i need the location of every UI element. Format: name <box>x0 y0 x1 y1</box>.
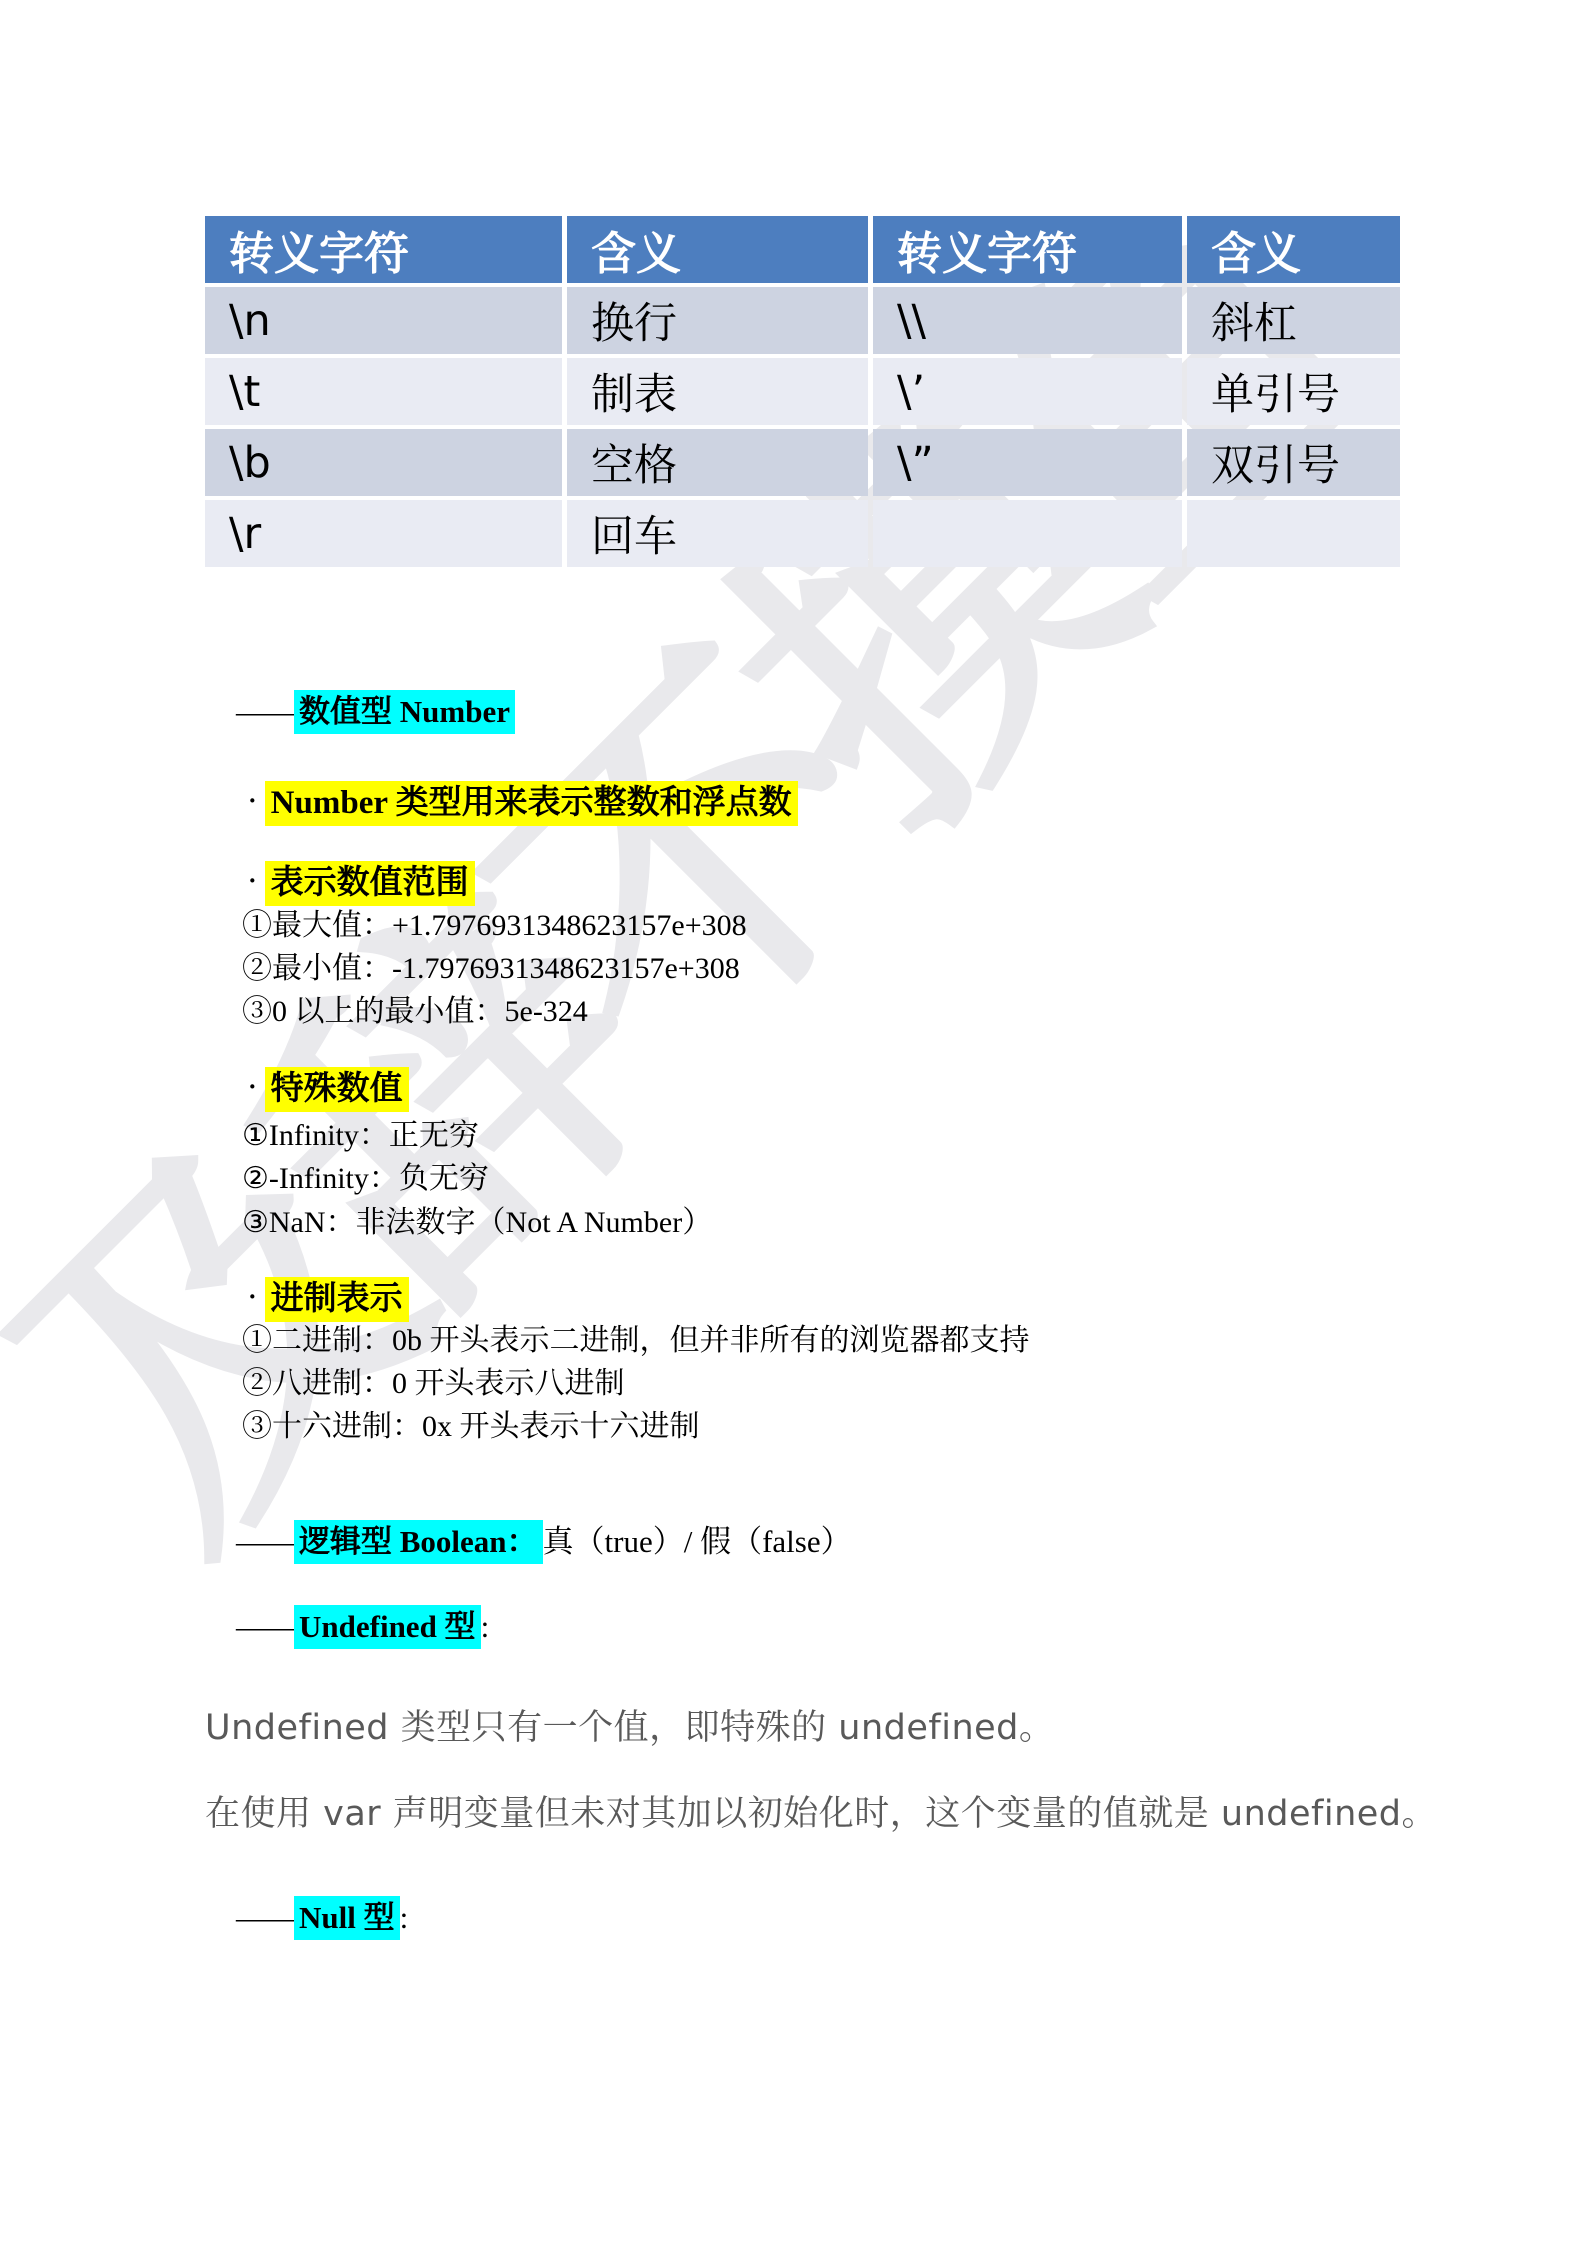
escape-seq-cell: \’ <box>873 358 1182 425</box>
bullet-number-desc: ·Number 类型用来表示整数和浮点数 <box>248 776 798 823</box>
excerpt-paragraph: Undefined 类型只有一个值，即特殊的 undefined。 <box>205 1700 1054 1750</box>
table-row: \r 回车 <box>205 500 1400 567</box>
yellow-highlight: 表示数值范围 <box>265 861 475 906</box>
list-item: ①最大值：+1.7976931348623157e+308 <box>242 907 747 945</box>
cyan-highlight: 数值型 Number <box>294 690 515 734</box>
heading-dashes: —— <box>236 1609 294 1644</box>
list-item: ②八进制：0 开头表示八进制 <box>242 1365 625 1403</box>
column-header: 转义字符 <box>205 216 562 283</box>
cyan-highlight: Null 型 <box>294 1896 400 1940</box>
heading-label: 数值型 Number <box>299 694 510 729</box>
heading-suffix: : <box>400 1900 409 1935</box>
heading-label: Undefined 型 <box>299 1609 476 1644</box>
bullet-dot: · <box>248 1072 257 1101</box>
table-row: \b 空格 \” 双引号 <box>205 429 1400 496</box>
escape-seq-cell: \t <box>205 358 562 425</box>
bullet-dot: · <box>248 866 257 895</box>
list-item: ②-Infinity：负无穷 <box>242 1160 489 1198</box>
list-item: ③NaN：非法数字（Not A Number） <box>242 1204 712 1242</box>
excerpt-paragraph: 在使用 var 声明变量但未对其加以初始化时，这个变量的值就是 undefine… <box>205 1786 1437 1836</box>
cyan-highlight: 逻辑型 Boolean： <box>294 1520 543 1564</box>
heading-dashes: —— <box>236 694 294 729</box>
document-page: 及辞不摸鱼 转义字符 含义 转义字符 含义 \n 换行 \\ 斜杠 \t 制表 <box>0 0 1587 2245</box>
list-item: ③0 以上的最小值：5e-324 <box>242 993 588 1031</box>
cyan-highlight: Undefined 型 <box>294 1605 481 1649</box>
yellow-highlight: 特殊数值 <box>265 1067 409 1112</box>
column-header: 转义字符 <box>873 216 1182 283</box>
bullet-special: ·特殊数值 <box>248 1062 409 1109</box>
meaning-cell: 空格 <box>567 429 868 496</box>
escape-seq-cell: \r <box>205 500 562 567</box>
section-heading-boolean: ——逻辑型 Boolean：真（true）/ 假（false） <box>236 1521 852 1563</box>
bullet-dot: · <box>248 1282 257 1311</box>
list-item: ③十六进制：0x 开头表示十六进制 <box>242 1408 700 1446</box>
escape-seq-cell: \n <box>205 287 562 354</box>
escape-seq-cell: \\ <box>873 287 1182 354</box>
section-heading-undefined: ——Undefined 型: <box>236 1606 489 1648</box>
section-heading-null: ——Null 型: <box>236 1897 408 1939</box>
heading-suffix: 真（true）/ 假（false） <box>543 1524 852 1559</box>
list-item: ②最小值：-1.7976931348623157e+308 <box>242 950 740 988</box>
table-header-row: 转义字符 含义 转义字符 含义 <box>205 216 1400 283</box>
meaning-cell <box>1187 500 1400 567</box>
escape-character-table: 转义字符 含义 转义字符 含义 \n 换行 \\ 斜杠 \t 制表 \’ 单引号… <box>200 212 1405 571</box>
meaning-cell: 换行 <box>567 287 868 354</box>
table-row: \t 制表 \’ 单引号 <box>205 358 1400 425</box>
escape-seq-cell: \” <box>873 429 1182 496</box>
column-header: 含义 <box>1187 216 1400 283</box>
meaning-cell: 双引号 <box>1187 429 1400 496</box>
heading-dashes: —— <box>236 1524 294 1559</box>
escape-seq-cell <box>873 500 1182 567</box>
escape-seq-cell: \b <box>205 429 562 496</box>
heading-suffix: : <box>481 1609 490 1644</box>
bullet-range: ·表示数值范围 <box>248 856 475 903</box>
bullet-radix: ·进制表示 <box>248 1272 409 1319</box>
yellow-highlight: Number 类型用来表示整数和浮点数 <box>265 781 798 826</box>
section-heading-number: ——数值型 Number <box>236 691 515 733</box>
list-item: ①二进制：0b 开头表示二进制，但并非所有的浏览器都支持 <box>242 1322 1030 1360</box>
bullet-dot: · <box>248 786 257 815</box>
meaning-cell: 制表 <box>567 358 868 425</box>
meaning-cell: 回车 <box>567 500 868 567</box>
list-item: ①Infinity：正无穷 <box>242 1117 479 1155</box>
column-header: 含义 <box>567 216 868 283</box>
yellow-highlight: 进制表示 <box>265 1277 409 1322</box>
meaning-cell: 斜杠 <box>1187 287 1400 354</box>
table-row: \n 换行 \\ 斜杠 <box>205 287 1400 354</box>
heading-label: Null 型 <box>299 1900 395 1935</box>
heading-label: 逻辑型 Boolean： <box>299 1524 538 1559</box>
meaning-cell: 单引号 <box>1187 358 1400 425</box>
heading-dashes: —— <box>236 1900 294 1935</box>
